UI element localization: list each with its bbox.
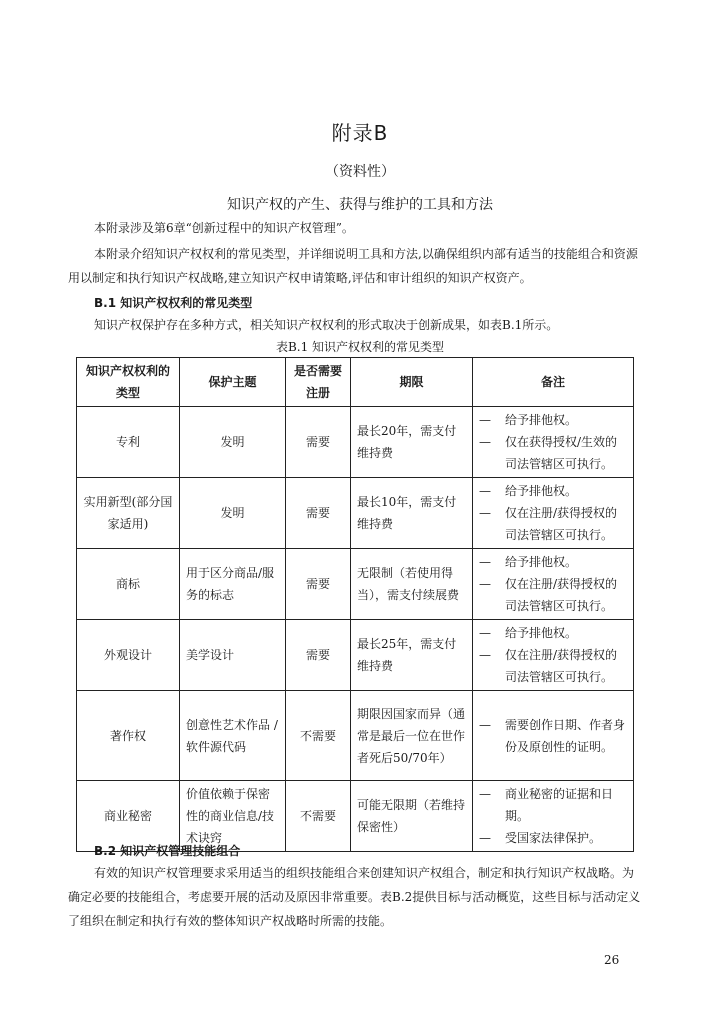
note-item: —给予排他权。 <box>479 409 627 431</box>
appendix-subtitle: （资料性） <box>0 161 720 181</box>
section-b2-paragraph: 有效的知识产权管理要求采用适当的组织技能组合来创建知识产权组合，制定和执行知识产… <box>68 861 643 933</box>
section-b1-title: B.1 知识产权权利的常见类型 <box>94 294 252 311</box>
page-number: 26 <box>604 953 619 967</box>
header-term: 期限 <box>351 358 473 407</box>
ip-rights-table: 知识产权权利的类型 保护主题 是否需要注册 期限 备注 专利 发明 需要 最长2… <box>76 357 634 852</box>
cell-term: 期限因国家而异（通常是最后一位在世作者死后50/70年） <box>351 691 473 781</box>
cell-type: 专利 <box>77 407 180 478</box>
appendix-heading: 知识产权的产生、获得与维护的工具和方法 <box>0 194 720 214</box>
note-item: —商业秘密的证据和日期。 <box>479 783 627 827</box>
note-item: —给予排他权。 <box>479 551 627 573</box>
cell-subject: 创意性艺术作品 / 软件源代码 <box>180 691 286 781</box>
table-header-row: 知识产权权利的类型 保护主题 是否需要注册 期限 备注 <box>77 358 634 407</box>
cell-subject: 美学设计 <box>180 620 286 691</box>
note-item: —给予排他权。 <box>479 622 627 644</box>
header-registration: 是否需要注册 <box>286 358 351 407</box>
header-subject: 保护主题 <box>180 358 286 407</box>
cell-subject: 发明 <box>180 407 286 478</box>
cell-registration: 需要 <box>286 549 351 620</box>
appendix-title: 附录B <box>0 117 720 146</box>
section-b2-title: B.2 知识产权管理技能组合 <box>94 842 240 859</box>
table-row: 实用新型(部分国家适用) 发明 需要 最长10年，需支付维持费 —给予排他权。 … <box>77 478 634 549</box>
table-row: 著作权 创意性艺术作品 / 软件源代码 不需要 期限因国家而异（通常是最后一位在… <box>77 691 634 781</box>
cell-term: 最长10年，需支付维持费 <box>351 478 473 549</box>
cell-subject: 用于区分商品/服务的标志 <box>180 549 286 620</box>
cell-type: 外观设计 <box>77 620 180 691</box>
header-notes: 备注 <box>473 358 634 407</box>
cell-notes: —需要创作日期、作者身份及原创性的证明。 <box>473 691 634 781</box>
section-b1-paragraph: 知识产权保护存在多种方式，相关知识产权权利的形式取决于创新成果，如表B.1所示。 <box>68 313 643 337</box>
cell-registration: 需要 <box>286 620 351 691</box>
cell-type: 实用新型(部分国家适用) <box>77 478 180 549</box>
cell-notes: —给予排他权。 —仅在获得授权/生效的司法管辖区可执行。 <box>473 407 634 478</box>
note-item: —给予排他权。 <box>479 480 627 502</box>
note-item: —仅在注册/获得授权的司法管辖区可执行。 <box>479 573 627 617</box>
cell-type: 商标 <box>77 549 180 620</box>
cell-type: 著作权 <box>77 691 180 781</box>
cell-notes: —给予排他权。 —仅在注册/获得授权的司法管辖区可执行。 <box>473 549 634 620</box>
cell-registration: 需要 <box>286 407 351 478</box>
cell-subject: 发明 <box>180 478 286 549</box>
header-type: 知识产权权利的类型 <box>77 358 180 407</box>
table-row: 专利 发明 需要 最长20年，需支付维持费 —给予排他权。 —仅在获得授权/生效… <box>77 407 634 478</box>
cell-term: 最长20年，需支付维持费 <box>351 407 473 478</box>
cell-registration: 需要 <box>286 478 351 549</box>
note-item: —受国家法律保护。 <box>479 827 627 849</box>
cell-notes: —给予排他权。 —仅在注册/获得授权的司法管辖区可执行。 <box>473 478 634 549</box>
intro-paragraph-2: 本附录介绍知识产权权利的常见类型，并详细说明工具和方法,以确保组织内部有适当的技… <box>68 242 643 290</box>
cell-type: 商业秘密 <box>77 781 180 852</box>
note-item: —仅在注册/获得授权的司法管辖区可执行。 <box>479 502 627 546</box>
table-row: 商业秘密 价值依赖于保密性的商业信息/技术诀窍 不需要 可能无限期（若维持保密性… <box>77 781 634 852</box>
note-item: —仅在注册/获得授权的司法管辖区可执行。 <box>479 644 627 688</box>
cell-subject: 价值依赖于保密性的商业信息/技术诀窍 <box>180 781 286 852</box>
table-row: 外观设计 美学设计 需要 最长25年，需支付维持费 —给予排他权。 —仅在注册/… <box>77 620 634 691</box>
cell-term: 可能无限期（若维持保密性） <box>351 781 473 852</box>
note-item: —仅在获得授权/生效的司法管辖区可执行。 <box>479 431 627 475</box>
cell-notes: —商业秘密的证据和日期。 —受国家法律保护。 <box>473 781 634 852</box>
intro-paragraph-1: 本附录涉及第6章“创新过程中的知识产权管理”。 <box>68 216 643 240</box>
table-row: 商标 用于区分商品/服务的标志 需要 无限制（若使用得当），需支付续展费 —给予… <box>77 549 634 620</box>
table-caption: 表B.1 知识产权权利的常见类型 <box>0 338 720 355</box>
cell-registration: 不需要 <box>286 781 351 852</box>
cell-term: 最长25年，需支付维持费 <box>351 620 473 691</box>
cell-term: 无限制（若使用得当），需支付续展费 <box>351 549 473 620</box>
note-item: —需要创作日期、作者身份及原创性的证明。 <box>479 714 627 758</box>
cell-notes: —给予排他权。 —仅在注册/获得授权的司法管辖区可执行。 <box>473 620 634 691</box>
cell-registration: 不需要 <box>286 691 351 781</box>
